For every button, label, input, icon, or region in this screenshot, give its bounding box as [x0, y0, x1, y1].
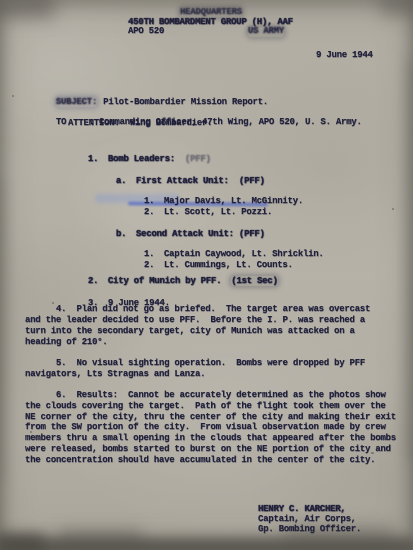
document-page: HEADQUARTERS 450TH BOMBARDMENT GROUP (H)… [0, 0, 413, 550]
item-number: 2. [88, 276, 108, 286]
item-text: City of Munich by PFF. [108, 276, 221, 286]
signature-rank: Captain, Air Corps, [258, 514, 361, 524]
item-text: First Attack Unit: (PFF) [136, 176, 265, 186]
item-letter: a. [116, 176, 136, 186]
pff-faint-text: (PFF) [185, 154, 211, 164]
signature-title: Gp. Bombing Officer. [258, 524, 361, 534]
first-sec-smudged-text: (1st Sec) [231, 276, 277, 286]
paragraph-5: 5. No visual sighting operation. Bombs w… [25, 358, 365, 380]
paragraph-4: 4. Plan did not go as briefed. The targe… [25, 304, 370, 348]
item-letter: b. [116, 229, 136, 239]
date-line: 9 June 1944 [316, 50, 373, 60]
attention-line: ATTENTION: Wing Bombardier. [68, 118, 212, 128]
item-text: Second Attack Unit: (PFF) [136, 229, 265, 239]
army-text: US ARMY [248, 27, 284, 37]
letterhead: HEADQUARTERS 450TH BOMBARDMENT GROUP (H)… [128, 8, 294, 37]
signature-block: HENRY C. KARCHER, Captain, Air Corps, Gp… [258, 504, 361, 535]
apo-text: APO 520 [128, 27, 164, 37]
item-number: 2. [144, 207, 164, 217]
item-number: 1. [88, 154, 108, 164]
apo-army-line: APO 520 US ARMY [128, 27, 284, 37]
item-text: Lt. Scott, Lt. Pozzi. [164, 207, 272, 217]
subject-label: SUBJECT: [56, 97, 97, 107]
signature-name: HENRY C. KARCHER, [258, 504, 361, 514]
typewritten-text-layer: HEADQUARTERS 450TH BOMBARDMENT GROUP (H)… [0, 0, 413, 550]
paragraph-6: 6. Results: Cannot be accurately determi… [25, 390, 396, 466]
headquarters-text: HEADQUARTERS [180, 7, 242, 17]
item-text: Bomb Leaders: [108, 154, 175, 164]
subject-value: Pilot-Bombardier Mission Report. [103, 97, 268, 107]
